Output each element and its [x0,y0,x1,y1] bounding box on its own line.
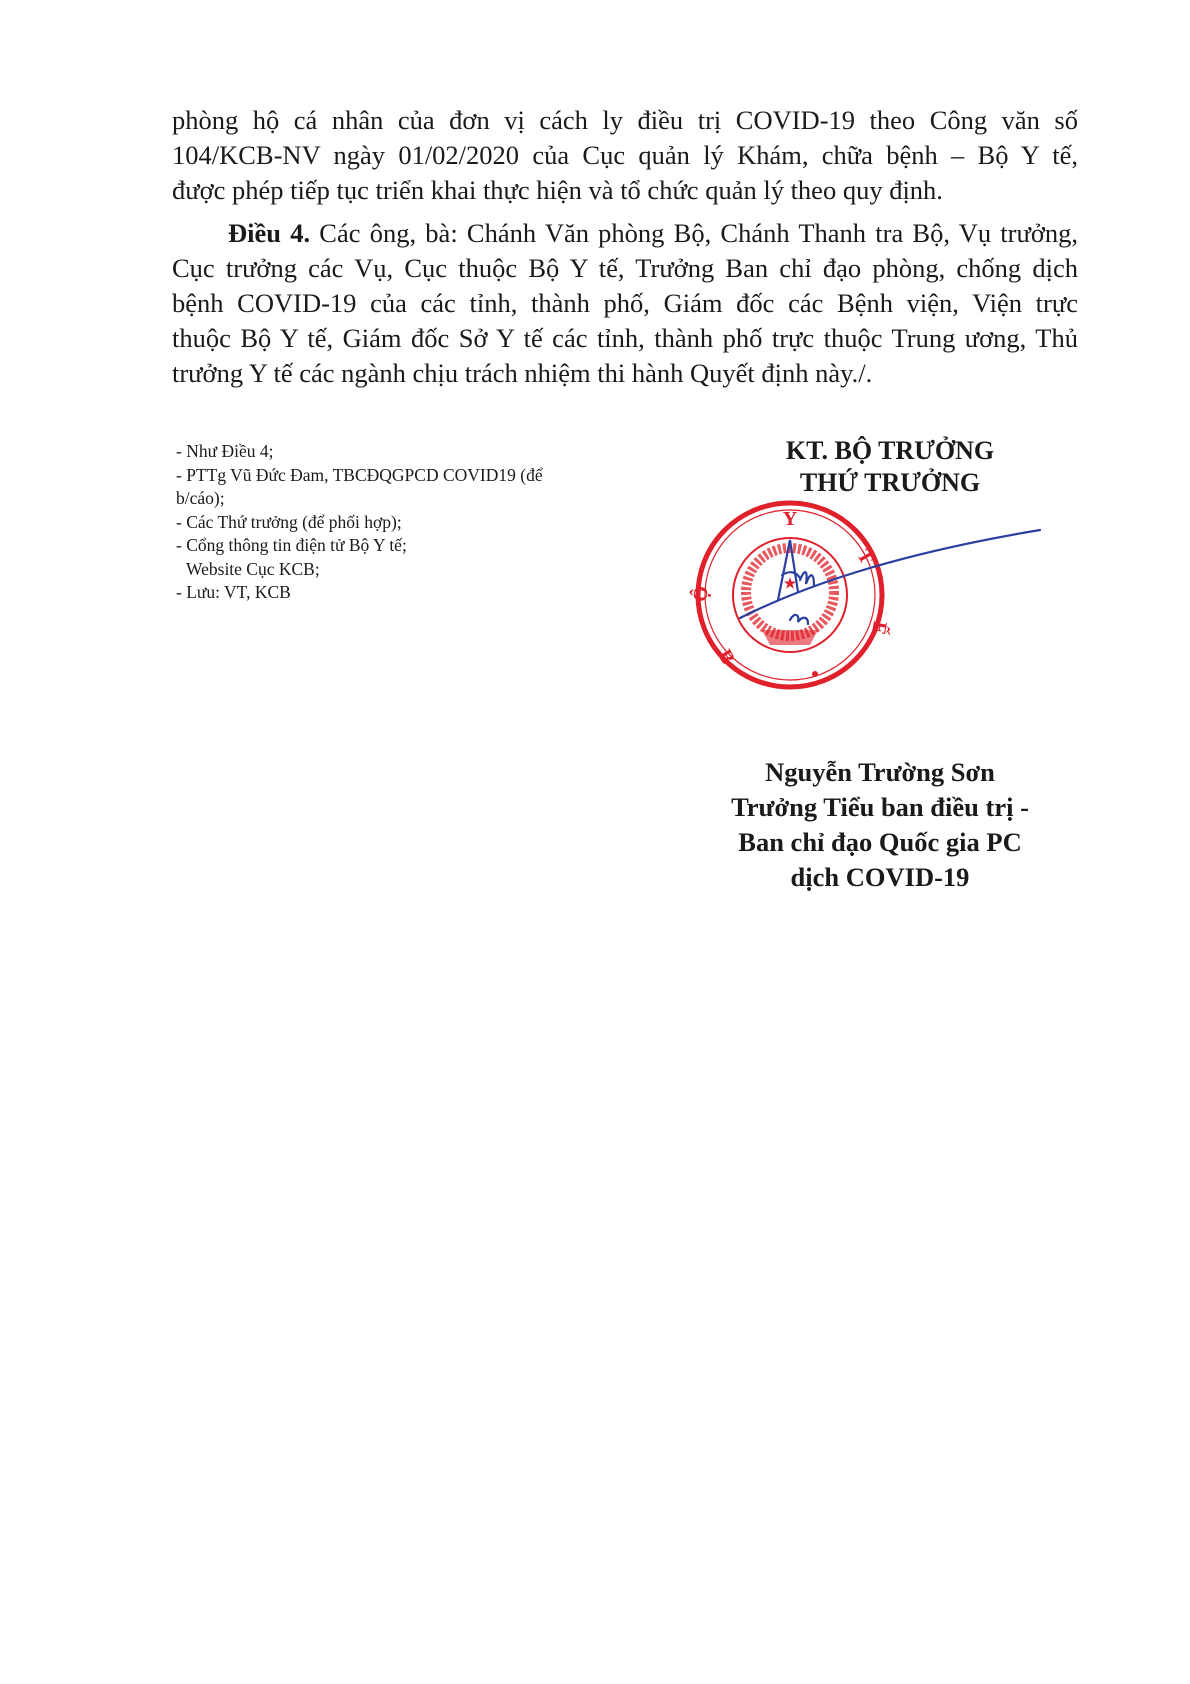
text-line: trưởng Y tế các ngành chịu trách nhiệm t… [172,356,1078,391]
recipient-item: - Cổng thông tin điện tử Bộ Y tế; [176,534,543,558]
article-4: Điều 4. Các ông, bà: Chánh Văn phòng Bộ,… [172,216,1078,391]
text-line: phòng hộ cá nhân của đơn vị cách ly điều… [172,103,1078,138]
signer-name: Nguyễn Trường Sơn [700,755,1060,790]
svg-text:★: ★ [784,576,797,592]
recipient-item: Website Cục KCB; [176,558,543,582]
recipient-item: - Lưu: VT, KCB [176,581,543,605]
title-line: THỨ TRƯỞNG [720,467,1060,499]
stamp-letter: Y [783,508,798,530]
recipient-item: - Các Thứ trưởng (để phối hợp); [176,511,543,535]
text-line: Cục trưởng các Vụ, Cục thuộc Bộ Y tế, Tr… [172,251,1078,286]
article-text: Các ông, bà: Chánh Văn phòng Bộ, Chánh T… [310,218,1078,248]
stamp-letter: Ộ [688,584,713,603]
paragraph-continuation: phòng hộ cá nhân của đơn vị cách ly điều… [172,103,1078,208]
official-stamp-icon: B Ộ Y T Ế ★ [690,500,900,710]
article-heading: Điều 4. [228,218,310,248]
recipient-item: - Như Điều 4; [176,440,543,464]
signature-title: KT. BỘ TRƯỞNG THỨ TRƯỞNG [720,435,1060,499]
text-line: 104/KCB-NV ngày 01/02/2020 của Cục quản … [172,138,1078,173]
text-line: Điều 4. Các ông, bà: Chánh Văn phòng Bộ,… [172,216,1078,251]
recipient-item: - PTTg Vũ Đức Đam, TBCĐQGPCD COVID19 (để [176,464,543,488]
signer-role: Trưởng Tiểu ban điều trị - [700,790,1060,825]
signer-block: Nguyễn Trường Sơn Trưởng Tiểu ban điều t… [700,755,1060,895]
signer-role: dịch COVID-19 [700,860,1060,895]
recipient-item: b/cáo); [176,487,543,511]
signer-role: Ban chỉ đạo Quốc gia PC [700,825,1060,860]
text-line: bệnh COVID-19 của các tỉnh, thành phố, G… [172,286,1078,321]
recipients-list: - Như Điều 4; - PTTg Vũ Đức Đam, TBCĐQGP… [176,440,543,605]
text-line: thuộc Bộ Y tế, Giám đốc Sở Y tế các tỉnh… [172,321,1078,356]
title-line: KT. BỘ TRƯỞNG [720,435,1060,467]
text-line: được phép tiếp tục triển khai thực hiện … [172,173,1078,208]
